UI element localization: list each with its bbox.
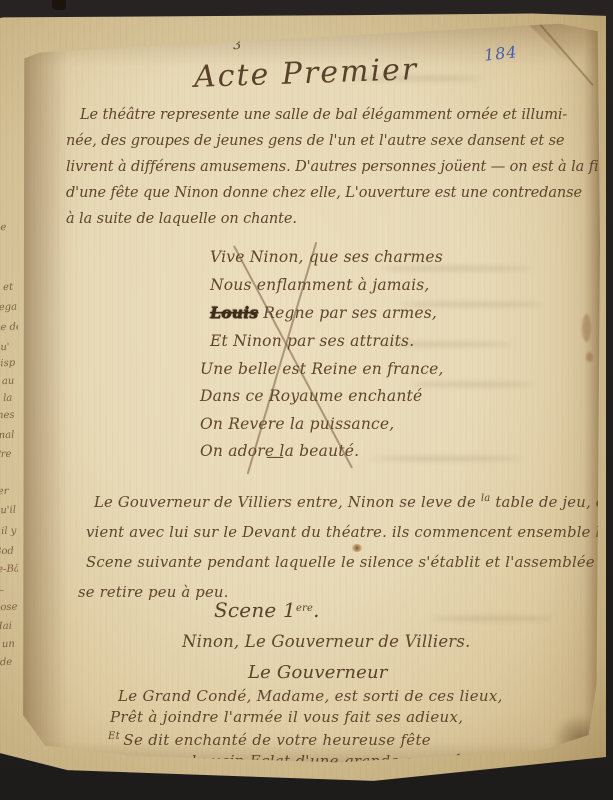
stage-direction-line: Le Gouverneur de Villiers entre, Ninon s… bbox=[94, 484, 611, 518]
margin-fragment: — bbox=[0, 585, 18, 597]
stage-direction-line: Scene suivante pendant laquelle le silen… bbox=[86, 548, 611, 578]
stanza-separator: — bbox=[266, 446, 284, 467]
margin-fragment: Hai bbox=[0, 621, 18, 633]
edge-stain bbox=[582, 314, 591, 342]
margin-fragment: ne bbox=[0, 222, 18, 234]
gutter-shadow bbox=[22, 16, 68, 776]
stage-direction-text: table de jeu, et bbox=[490, 494, 610, 511]
verse-line: Dans ce Royaume enchanté bbox=[200, 383, 444, 410]
stage-direction-text: Le Gouverneur de Villiers entre, Ninon s… bbox=[94, 494, 481, 511]
characters-line: Ninon, Le Gouverneur de Villiers. bbox=[182, 632, 471, 651]
speaker-heading: Le Gouverneur bbox=[248, 662, 388, 683]
margin-fragment: mes bbox=[0, 410, 18, 422]
margin-fragment: t il y bbox=[0, 526, 18, 538]
verse-line: On adore la beauté. bbox=[200, 438, 444, 465]
stage-direction-line: à la suite de laquelle on chante. bbox=[66, 206, 608, 232]
insertion-superscript: la bbox=[481, 493, 491, 504]
margin-fragment: ede bbox=[0, 657, 18, 669]
ink-stain bbox=[352, 544, 362, 552]
stamped-folio-number: 184 bbox=[483, 42, 518, 64]
scene-number-superscript: ere bbox=[296, 603, 313, 614]
verse-line: Nous enflamment à jamais, bbox=[210, 272, 443, 300]
margin-fragment: rnal bbox=[0, 430, 18, 442]
margin-fragment: à la bbox=[0, 393, 18, 405]
act-heading: Acte Premier bbox=[193, 52, 418, 95]
stage-direction-2: Le Gouverneur de Villiers entre, Ninon s… bbox=[72, 484, 611, 608]
margin-fragment: regar bbox=[0, 302, 18, 314]
stage-direction-line: se retire peu à peu. bbox=[78, 578, 611, 608]
margin-fragment: r au bbox=[0, 376, 18, 388]
scene-heading: Scene 1ere. bbox=[214, 598, 320, 622]
margin-fragment: r un bbox=[0, 639, 18, 651]
stage-direction-1: Le théâtre represente une salle de bal é… bbox=[66, 102, 608, 232]
margin-fragment: Pre bbox=[0, 449, 18, 461]
stage-direction-line: Le théâtre represente une salle de bal é… bbox=[80, 102, 608, 128]
edge-stain bbox=[586, 352, 593, 362]
verse-line: Une belle est Reine en france, bbox=[200, 356, 444, 383]
margin-fragment: qu'il bbox=[0, 505, 18, 517]
stage-direction-line: d'une fête que Ninon donne chez elle, L'… bbox=[66, 180, 608, 206]
stage-direction-line: livrent à différens amusemens. D'autres … bbox=[66, 154, 608, 180]
insertion-superscript: Et bbox=[108, 731, 123, 742]
margin-fragment: qu' bbox=[0, 342, 18, 354]
verse-line: Louis Regne par ses armes, bbox=[210, 299, 443, 328]
speech-text: Se dit enchanté de votre heureuse fête bbox=[123, 731, 431, 749]
margin-fragment: le-Bâ bbox=[0, 564, 18, 576]
margin-fragment: disp bbox=[0, 358, 18, 370]
verse-line-rest: Regne par ses armes, bbox=[258, 304, 437, 322]
margin-fragment: fer bbox=[0, 486, 18, 498]
margin-fragment: Bod bbox=[0, 546, 18, 558]
bleed-through-ghost bbox=[432, 616, 552, 621]
manuscript-page: 3 184 Acte Premier Le théâtre represente… bbox=[22, 16, 600, 776]
stage-direction-line: née, des groupes de jeunes gens de l'un … bbox=[66, 128, 608, 154]
scene-heading-period: . bbox=[313, 598, 320, 622]
scene-heading-text: Scene 1 bbox=[214, 598, 296, 622]
margin-fragment: é et bbox=[0, 282, 18, 294]
binding-remnant bbox=[52, 0, 66, 10]
verse-line: Et Ninon par ses attraits. bbox=[210, 328, 443, 356]
struck-word: Louis bbox=[210, 303, 258, 322]
speech-line: Et Se dit enchanté de votre heureuse fêt… bbox=[108, 727, 503, 751]
stage-direction-line: vient avec lui sur le Devant du théatre.… bbox=[86, 518, 611, 548]
speech-line: Prêt à joindre l'armée il vous fait ses … bbox=[110, 707, 503, 728]
margin-fragment: pose bbox=[0, 602, 18, 614]
song-stanza-1: Vive Ninon, que ses charmes Nous enflamm… bbox=[210, 244, 443, 355]
speech-line: Le Grand Condé, Madame, est sorti de ces… bbox=[118, 686, 503, 707]
margin-fragment: ge de bbox=[0, 322, 18, 334]
